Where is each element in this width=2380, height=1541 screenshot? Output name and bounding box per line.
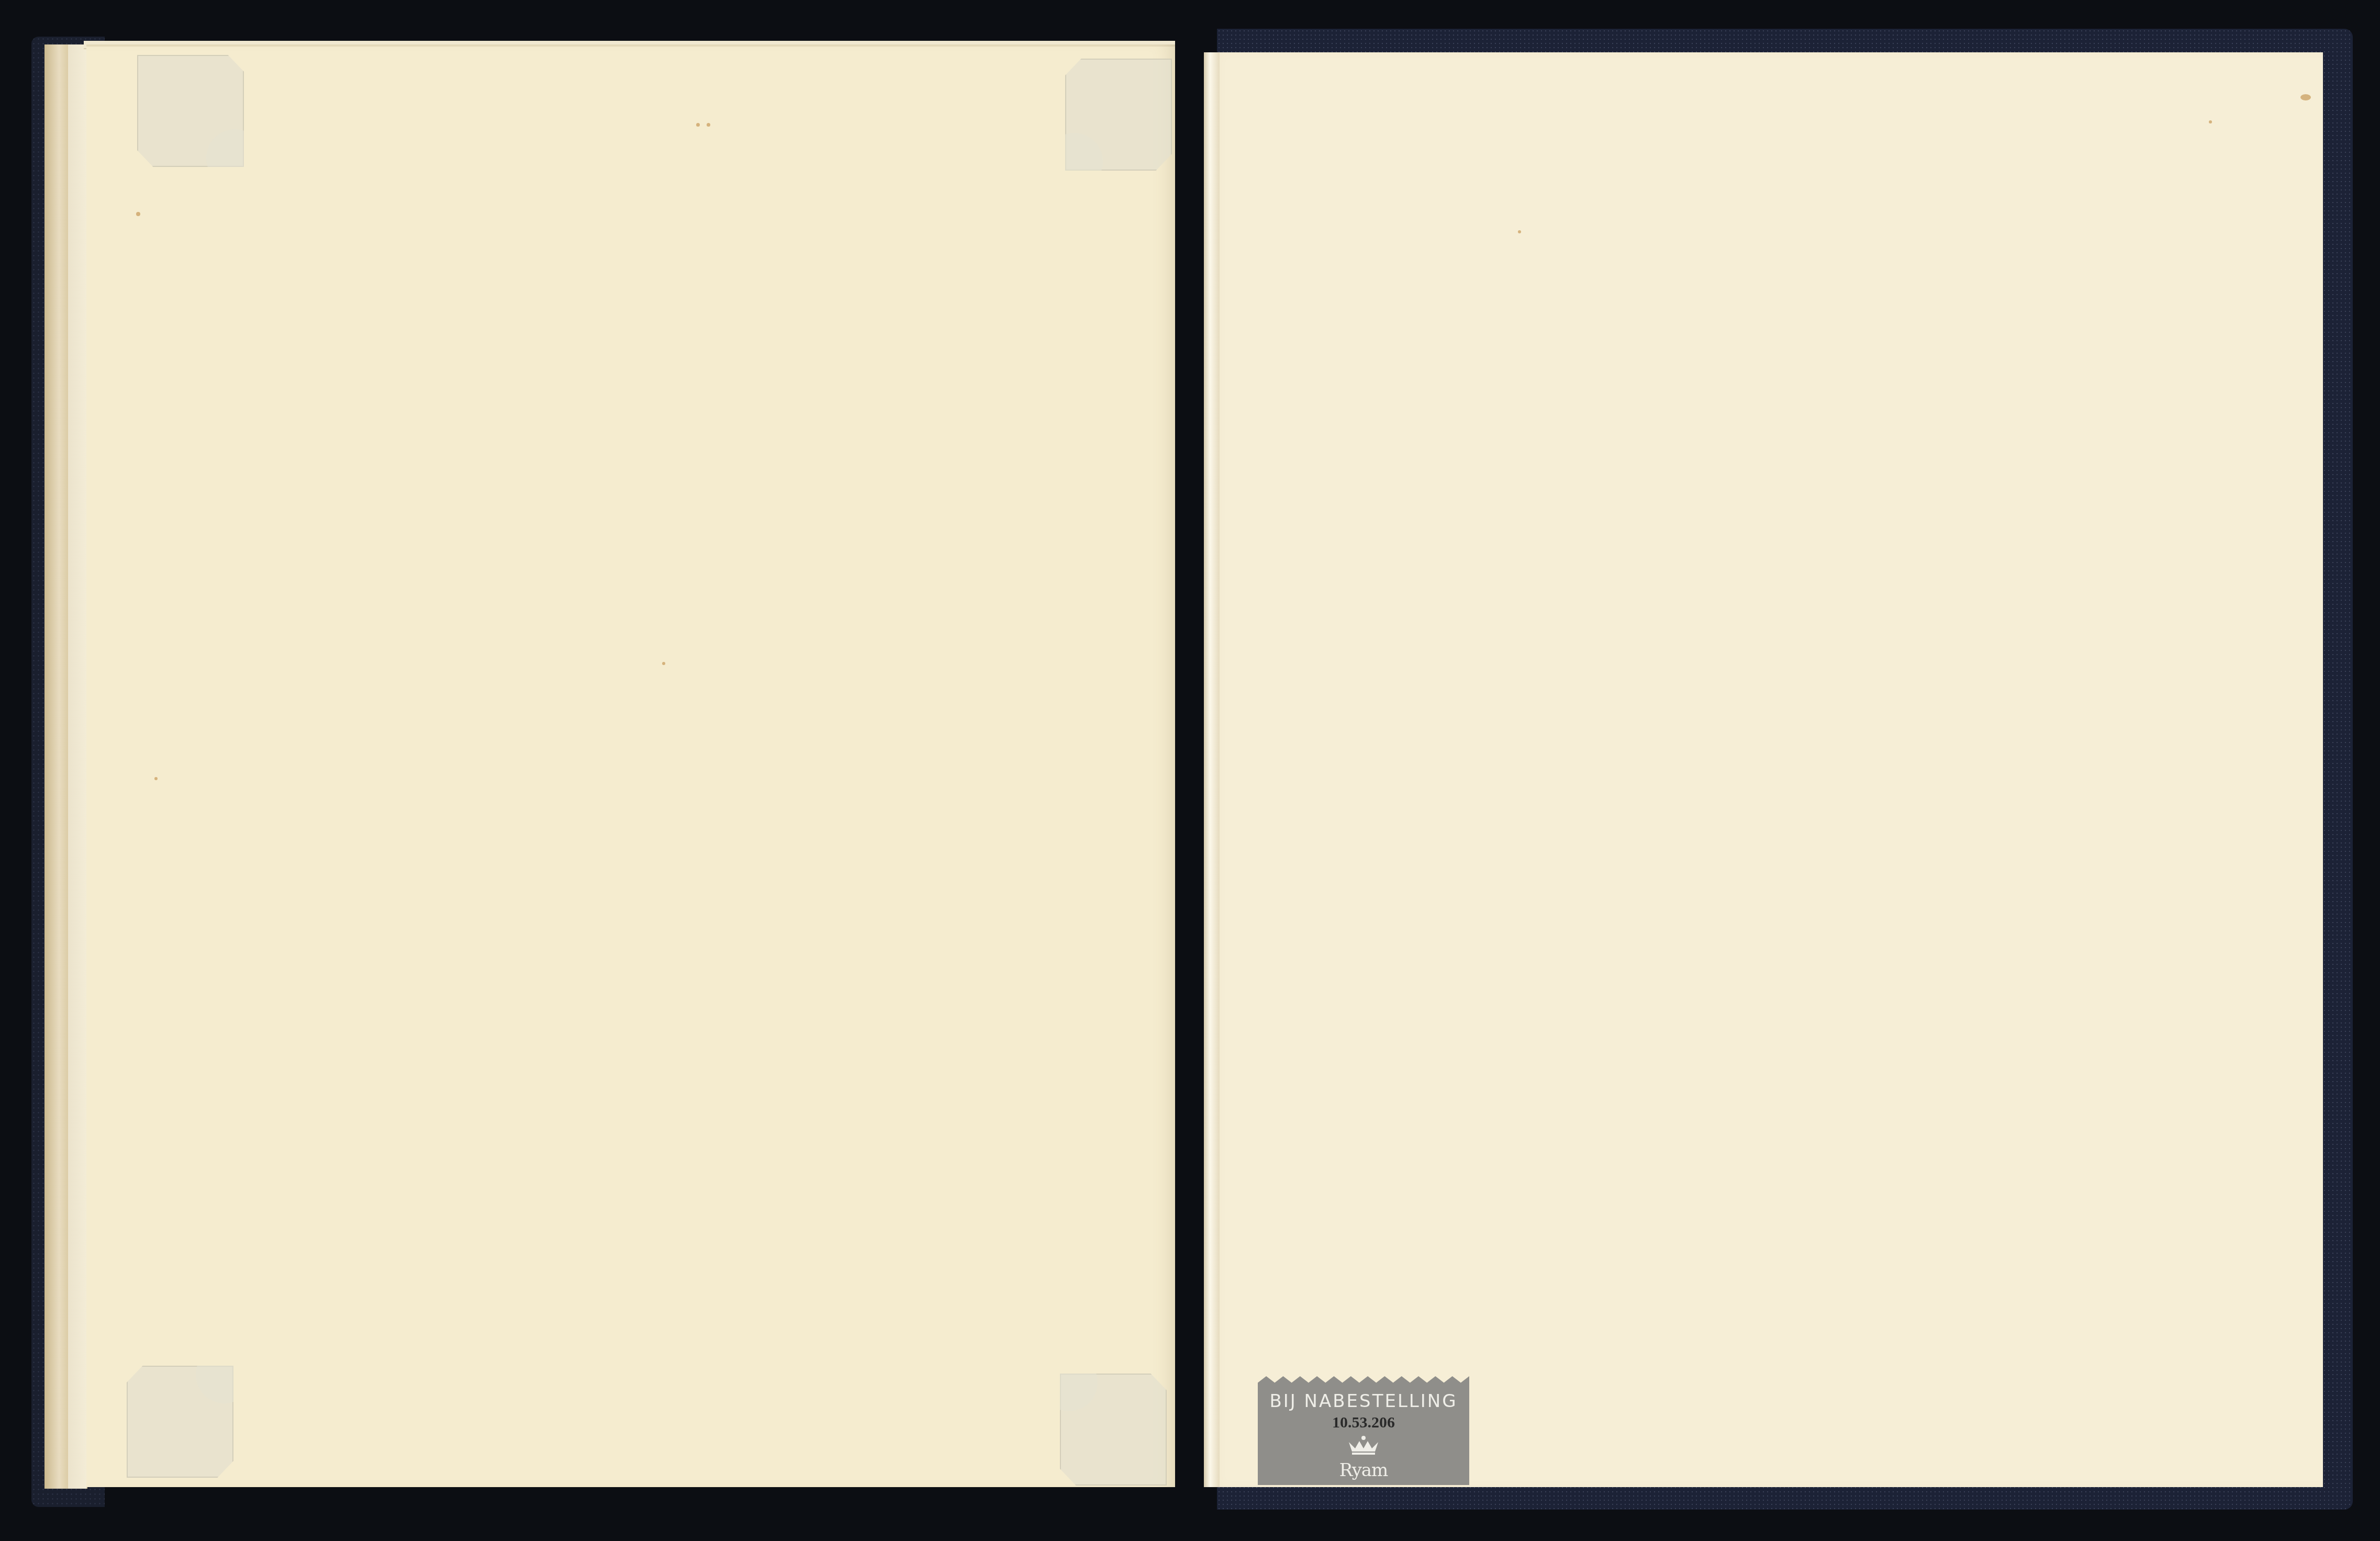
photo-corner-bottom-right — [1060, 1374, 1167, 1486]
photo-corner-top-right — [1065, 59, 1172, 171]
crown-icon — [1347, 1435, 1380, 1456]
foxing-spot — [154, 777, 158, 780]
foxing-stain — [2300, 94, 2311, 100]
foxing-spot — [1518, 230, 1521, 233]
reorder-label: BIJ NABESTELLING 10.53.206 Ryam — [1258, 1376, 1469, 1485]
foxing-spot — [707, 123, 710, 127]
page-stack-edge-inner — [68, 44, 87, 1489]
photo-corner-bottom-left — [127, 1366, 233, 1478]
label-title: BIJ NABESTELLING — [1258, 1391, 1469, 1412]
foxing-spot — [696, 123, 700, 127]
photo-corner-top-left — [137, 55, 244, 167]
foxing-spot — [662, 662, 665, 665]
foxing-spot — [2209, 120, 2212, 123]
left-page — [86, 44, 1175, 1487]
right-page — [1204, 52, 2323, 1487]
foxing-spot — [136, 212, 140, 216]
label-number: 10.53.206 — [1258, 1414, 1469, 1432]
label-brand: Ryam — [1258, 1460, 1469, 1481]
book-gutter — [1204, 52, 1220, 1487]
